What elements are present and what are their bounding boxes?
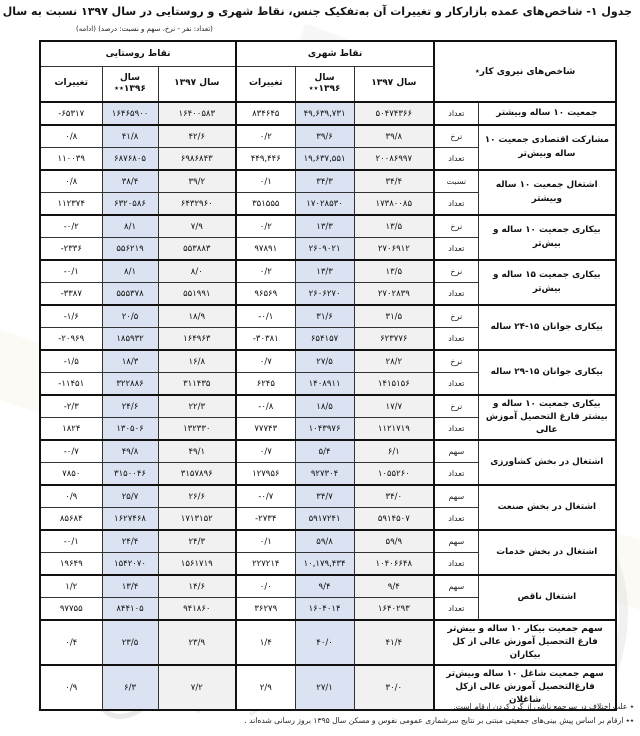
rural-change-value: -۲۰۹۶۹ [40, 328, 102, 351]
rural-1396-value: ۲۴/۶ [102, 395, 158, 418]
urban-change-value: ۴۴۹,۴۴۶ [236, 148, 295, 171]
rural-1397-value: ۲۲/۳ [158, 395, 236, 418]
urban-1396-value: ۴۰/۰ [295, 620, 354, 665]
measure-label: نرخ [434, 395, 478, 418]
urban-1396-value: ۱۷۰۲۸۵۳۰ [295, 193, 354, 216]
measure-label: تعداد [434, 418, 478, 441]
measure-label: تعداد [434, 553, 478, 576]
indicator-label: بیکاری جمعیت ۱۵ ساله و بیش‌تر [478, 260, 616, 305]
urban-change-value: ۲۲۷۲۱۴ [236, 553, 295, 576]
indicator-label: بیکاری جوانان ۱۵-۲۴ ساله [478, 305, 616, 350]
urban-change-value: ۰/۷ [236, 350, 295, 373]
table-row: اشتغال در بخش صنعتسهم۳۴/۰۳۴/۷-۰/۷۲۶/۶۲۵/… [40, 485, 616, 508]
indicator-label: اشتغال جمعیت ۱۰ ساله وبیشتر [478, 170, 616, 215]
rural-1397-value: ۱۸/۹ [158, 305, 236, 328]
indicator-label: اشتغال در بخش کشاورزی [478, 440, 616, 485]
urban-1397-value: ۱۷۳۸۰۰۸۵ [354, 193, 434, 216]
urban-change-value: ۰/۲ [236, 260, 295, 283]
rural-year-1396-header: سال ۱۳۹۶٭٭ [102, 67, 158, 103]
rural-change-value: ۰/۸ [40, 170, 102, 193]
rural-1396-value: ۱۸۵۹۳۲ [102, 328, 158, 351]
rural-1396-value: ۱۶۲۷۴۶۸ [102, 508, 158, 531]
measure-label: نرخ [434, 305, 478, 328]
table-row: اشتغال ناقصسهم۹/۴۹/۴۰/۰۱۴/۶۱۳/۴۱/۲ [40, 575, 616, 598]
urban-1396-value: ۱۹,۶۳۷,۵۵۱ [295, 148, 354, 171]
rural-change-value: ۰/۹ [40, 485, 102, 508]
measure-label: نسبت [434, 170, 478, 193]
footnote-rounding: ٭ علت اختلاف در سرجمع ناشی از گرد کردن ا… [74, 700, 634, 714]
urban-1396-value: ۲۶۰۹۰۲۱ [295, 238, 354, 261]
urban-change-value: -۰/۷ [236, 485, 295, 508]
measure-label: نرخ [434, 215, 478, 238]
urban-1396-value: ۶۵۴۱۵۷ [295, 328, 354, 351]
indicator-label: بیکاری جوانان ۱۵-۲۹ ساله [478, 350, 616, 395]
urban-1397-value: ۱۳/۵ [354, 215, 434, 238]
rural-change-value: ۱۹۶۴۹ [40, 553, 102, 576]
rural-1396-value: ۳۱۵۰۰۴۶ [102, 463, 158, 486]
urban-change-value: ۱/۴ [236, 620, 295, 665]
measure-label: تعداد [434, 598, 478, 621]
urban-change-value: ۰/۷ [236, 440, 295, 463]
rural-1397-value: ۶۴۳۲۹۶۰ [158, 193, 236, 216]
rural-change-value: ۱۱۲۳۷۴ [40, 193, 102, 216]
rural-change-value: ۰/۴ [40, 620, 102, 665]
urban-1397-value: ۳۹/۸ [354, 125, 434, 148]
urban-change-value: ۸۳۴۶۴۵ [236, 102, 295, 125]
urban-change-value: -۰/۱ [236, 305, 295, 328]
table-row: سهم جمعیت بیکار ۱۰ ساله و بیش‌تر فارغ ال… [40, 620, 616, 665]
urban-group-header: نقاط شهری [236, 41, 434, 67]
urban-1397-value: ۶/۱ [354, 440, 434, 463]
rural-1396-value: ۶۸۷۶۸۰۵ [102, 148, 158, 171]
rural-year-1397-header: سال ۱۳۹۷ [158, 67, 236, 103]
rural-change-value: -۰/۱ [40, 260, 102, 283]
rural-1396-value: ۵۵۶۲۱۹ [102, 238, 158, 261]
measure-label: تعداد [434, 373, 478, 396]
urban-1397-value: ۱۰۵۵۲۶۰ [354, 463, 434, 486]
measure-label: تعداد [434, 508, 478, 531]
urban-1396-value: ۱۳/۳ [295, 215, 354, 238]
urban-year-1396-header: سال ۱۳۹۶٭٭ [295, 67, 354, 103]
labor-indicators-table: شاخص‌های نیروی کار٭ نقاط شهری نقاط روستا… [39, 40, 617, 711]
rural-1397-value: ۴۲/۶ [158, 125, 236, 148]
rural-1396-value: ۱۳۰۵۰۶ [102, 418, 158, 441]
rural-change-value: -۰/۱ [40, 530, 102, 553]
rural-1396-value: ۳۲۲۸۸۶ [102, 373, 158, 396]
rural-changes-header: تغییرات [40, 67, 102, 103]
rural-change-value: ۰/۸ [40, 125, 102, 148]
rural-1396-value: ۶۳۲۰۵۸۶ [102, 193, 158, 216]
rural-1397-value: ۹۴۱۸۶۰ [158, 598, 236, 621]
rural-1397-value: ۱۶/۸ [158, 350, 236, 373]
urban-change-value: ۰/۰ [236, 575, 295, 598]
urban-change-value: ۱۲۷۹۵۶ [236, 463, 295, 486]
footnotes: ٭ علت اختلاف در سرجمع ناشی از گرد کردن ا… [74, 700, 634, 728]
rural-1396-value: ۸/۱ [102, 260, 158, 283]
rural-change-value: -۰/۲ [40, 215, 102, 238]
indicator-label: بیکاری جمعیت ۱۰ ساله و بیشتر فارغ التحصی… [478, 395, 616, 440]
rural-1397-value: ۷/۹ [158, 215, 236, 238]
measure-label: تعداد [434, 238, 478, 261]
rural-change-value: -۱/۵ [40, 350, 102, 373]
urban-1396-value: ۱۰,۱۷۹,۴۳۴ [295, 553, 354, 576]
measure-label: تعداد [434, 148, 478, 171]
rural-1397-value: ۱۶۴۹۶۳ [158, 328, 236, 351]
urban-1396-value: ۹/۴ [295, 575, 354, 598]
urban-1396-value: ۱۸/۵ [295, 395, 354, 418]
urban-1397-value: ۳۴/۰ [354, 485, 434, 508]
rural-1397-value: ۱۶۴۰۰۵۸۳ [158, 102, 236, 125]
rural-change-value: -۳۳۸۷ [40, 283, 102, 306]
indicator-label: اشتغال در بخش خدمات [478, 530, 616, 575]
indicator-label: بیکاری جمعیت ۱۰ ساله و بیش‌تر [478, 215, 616, 260]
measure-label: سهم [434, 440, 478, 463]
table-row: مشارکت اقتصادی جمعیت ۱۰ ساله وبیش‌ترنرخ۳… [40, 125, 616, 148]
rural-change-value: -۱/۶ [40, 305, 102, 328]
urban-change-value: ۷۷۷۴۳ [236, 418, 295, 441]
table-row: بیکاری جوانان ۱۵-۲۴ سالهنرخ۳۱/۵۳۱/۶-۰/۱۱… [40, 305, 616, 328]
urban-1397-value: ۳۱/۵ [354, 305, 434, 328]
rural-1396-value: ۲۰/۵ [102, 305, 158, 328]
rural-change-value: -۲/۳ [40, 395, 102, 418]
rural-1396-value: ۴۱/۸ [102, 125, 158, 148]
urban-change-value: -۳۰۳۸۱ [236, 328, 295, 351]
measure-label: سهم [434, 530, 478, 553]
rural-1397-value: ۱۳۲۳۳۰ [158, 418, 236, 441]
urban-change-value: ۰/۱ [236, 170, 295, 193]
urban-1397-value: ۵۰۴۷۴۳۶۶ [354, 102, 434, 125]
measure-label: نرخ [434, 350, 478, 373]
urban-1396-value: ۳۱/۶ [295, 305, 354, 328]
urban-year-1397-header: سال ۱۳۹۷ [354, 67, 434, 103]
rural-1396-value: ۴۹/۸ [102, 440, 158, 463]
measure-label: نرخ [434, 125, 478, 148]
urban-1397-value: ۲۷۰۲۸۳۹ [354, 283, 434, 306]
rural-1397-value: ۳۹/۲ [158, 170, 236, 193]
urban-change-value: ۹۶۵۶۹ [236, 283, 295, 306]
rural-1397-value: ۱۴/۶ [158, 575, 236, 598]
indicator-label: اشتغال در بخش صنعت [478, 485, 616, 530]
table-row: اشتغال جمعیت ۱۰ ساله وبیشترنسبت۳۴/۴۳۴/۳۰… [40, 170, 616, 193]
urban-1396-value: ۱۴۰۸۹۱۱ [295, 373, 354, 396]
rural-change-value: -۶۵۳۱۷ [40, 102, 102, 125]
rural-change-value: -۱۱۴۵۱ [40, 373, 102, 396]
measure-label: تعداد [434, 193, 478, 216]
rural-1396-value: ۳۸/۴ [102, 170, 158, 193]
footnote-census: ٭٭ ارقام بر اساس پیش بینی‌های جمعیتی مبت… [74, 714, 634, 728]
rural-1396-value: ۱۶۴۶۵۹۰۰ [102, 102, 158, 125]
rural-change-value: ۱/۲ [40, 575, 102, 598]
indicator-label: سهم جمعیت بیکار ۱۰ ساله و بیش‌تر فارغ ال… [434, 620, 616, 665]
rural-1397-value: ۲۳/۹ [158, 620, 236, 665]
urban-1396-value: ۲۶۰۶۲۷۰ [295, 283, 354, 306]
urban-1397-value: ۱۴۱۵۱۵۶ [354, 373, 434, 396]
urban-1397-value: ۳۴/۴ [354, 170, 434, 193]
urban-1397-value: ۴۱/۴ [354, 620, 434, 665]
urban-1396-value: ۱۰۴۳۹۷۶ [295, 418, 354, 441]
rural-1396-value: ۱۵۴۲۰۷۰ [102, 553, 158, 576]
urban-1397-value: ۲۰۰۸۶۹۹۷ [354, 148, 434, 171]
rural-1396-value: ۸/۱ [102, 215, 158, 238]
urban-change-value: ۶۲۴۵ [236, 373, 295, 396]
rural-group-header: نقاط روستایی [40, 41, 236, 67]
measure-label: سهم [434, 575, 478, 598]
urban-1397-value: ۱۷/۷ [354, 395, 434, 418]
indicators-column-header: شاخص‌های نیروی کار٭ [434, 41, 616, 102]
rural-1397-value: ۵۵۳۸۸۳ [158, 238, 236, 261]
measure-label: تعداد [434, 328, 478, 351]
urban-1396-value: ۵/۴ [295, 440, 354, 463]
urban-change-value: ۹۷۸۹۱ [236, 238, 295, 261]
urban-change-value: ۳۶۲۷۹ [236, 598, 295, 621]
urban-change-value: ۳۵۱۵۵۵ [236, 193, 295, 216]
rural-1396-value: ۱۸/۳ [102, 350, 158, 373]
rural-1397-value: ۱۵۶۱۷۱۹ [158, 553, 236, 576]
measure-label: تعداد [434, 463, 478, 486]
urban-1397-value: ۱۳/۵ [354, 260, 434, 283]
indicator-label: اشتغال ناقص [478, 575, 616, 620]
rural-1397-value: ۴۹/۱ [158, 440, 236, 463]
urban-1397-value: ۹/۴ [354, 575, 434, 598]
measure-label: تعداد [434, 102, 478, 125]
rural-change-value: -۰/۷ [40, 440, 102, 463]
table-row: بیکاری جمعیت ۱۰ ساله و بیش‌ترنرخ۱۳/۵۱۳/۳… [40, 215, 616, 238]
measure-label: سهم [434, 485, 478, 508]
urban-change-value: -۰/۸ [236, 395, 295, 418]
rural-change-value: ۱۸۲۴ [40, 418, 102, 441]
table-row: اشتغال در بخش خدماتسهم۵۹/۹۵۹/۸۰/۱۲۴/۳۲۴/… [40, 530, 616, 553]
rural-1397-value: ۳۱۱۴۳۵ [158, 373, 236, 396]
urban-change-value: -۲۷۳۴ [236, 508, 295, 531]
urban-1397-value: ۱۰۴۰۶۶۴۸ [354, 553, 434, 576]
table-body: جمعیت ۱۰ ساله وبیشترتعداد۵۰۴۷۴۳۶۶۴۹,۶۳۹,… [40, 102, 616, 710]
rural-1397-value: ۲۴/۳ [158, 530, 236, 553]
rural-1396-value: ۲۵/۷ [102, 485, 158, 508]
unit-note: (تعداد: نفر - نرخ، سهم و نسبت: درصد) (اد… [76, 25, 213, 33]
urban-1396-value: ۳۴/۳ [295, 170, 354, 193]
rural-1396-value: ۲۳/۵ [102, 620, 158, 665]
rural-1396-value: ۱۳/۴ [102, 575, 158, 598]
rural-1396-value: ۸۴۴۱۰۵ [102, 598, 158, 621]
urban-changes-header: تغییرات [236, 67, 295, 103]
rural-change-value: ۷۸۵۰ [40, 463, 102, 486]
indicator-label: مشارکت اقتصادی جمعیت ۱۰ ساله وبیش‌تر [478, 125, 616, 170]
measure-label: تعداد [434, 283, 478, 306]
rural-1397-value: ۵۵۱۹۹۱ [158, 283, 236, 306]
rural-1397-value: ۶۹۸۶۸۴۳ [158, 148, 236, 171]
rural-change-value: -۲۳۳۶ [40, 238, 102, 261]
rural-change-value: ۸۵۶۸۴ [40, 508, 102, 531]
urban-1396-value: ۲۷/۵ [295, 350, 354, 373]
urban-1396-value: ۳۹/۶ [295, 125, 354, 148]
rural-change-value: ۱۱۰۰۳۹ [40, 148, 102, 171]
rural-change-value: ۹۷۷۵۵ [40, 598, 102, 621]
urban-1396-value: ۳۴/۷ [295, 485, 354, 508]
urban-1397-value: ۵۹۱۴۵۰۷ [354, 508, 434, 531]
urban-1397-value: ۲۷۰۶۹۱۲ [354, 238, 434, 261]
urban-1397-value: ۶۲۳۷۷۶ [354, 328, 434, 351]
indicator-label: جمعیت ۱۰ ساله وبیشتر [478, 102, 616, 125]
rural-1397-value: ۲۶/۶ [158, 485, 236, 508]
rural-1397-value: ۱۷۱۳۱۵۲ [158, 508, 236, 531]
measure-label: نرخ [434, 260, 478, 283]
urban-1397-value: ۵۹/۹ [354, 530, 434, 553]
urban-change-value: ۰/۲ [236, 215, 295, 238]
table-row: اشتغال در بخش کشاورزیسهم۶/۱۵/۴۰/۷۴۹/۱۴۹/… [40, 440, 616, 463]
urban-1396-value: ۵۹۱۷۲۴۱ [295, 508, 354, 531]
table-row: بیکاری جوانان ۱۵-۲۹ سالهنرخ۲۸/۲۲۷/۵۰/۷۱۶… [40, 350, 616, 373]
urban-1397-value: ۱۶۴۰۲۹۳ [354, 598, 434, 621]
table-row: بیکاری جمعیت ۱۵ ساله و بیش‌ترنرخ۱۳/۵۱۳/۳… [40, 260, 616, 283]
urban-1397-value: ۲۸/۲ [354, 350, 434, 373]
urban-1396-value: ۴۹,۶۳۹,۷۳۱ [295, 102, 354, 125]
table-row: جمعیت ۱۰ ساله وبیشترتعداد۵۰۴۷۴۳۶۶۴۹,۶۳۹,… [40, 102, 616, 125]
rural-1396-value: ۲۴/۴ [102, 530, 158, 553]
table-row: بیکاری جمعیت ۱۰ ساله و بیشتر فارغ التحصی… [40, 395, 616, 418]
urban-1396-value: ۱۳/۳ [295, 260, 354, 283]
urban-change-value: ۰/۲ [236, 125, 295, 148]
urban-1396-value: ۵۹/۸ [295, 530, 354, 553]
page-title: جدول ۱- شاخص‌های عمده بازارکار و تغییرات… [10, 5, 632, 18]
urban-change-value: ۰/۱ [236, 530, 295, 553]
urban-1396-value: ۱۶۰۴۰۱۴ [295, 598, 354, 621]
rural-1397-value: ۳۱۵۷۸۹۶ [158, 463, 236, 486]
scanned-document-page: { "title": "جدول ۱- شاخص‌های عمده بازارک… [0, 0, 640, 736]
rural-1397-value: ۸/۰ [158, 260, 236, 283]
urban-1397-value: ۱۱۲۱۷۱۹ [354, 418, 434, 441]
urban-1396-value: ۹۲۷۳۰۴ [295, 463, 354, 486]
rural-1396-value: ۵۵۵۳۷۸ [102, 283, 158, 306]
